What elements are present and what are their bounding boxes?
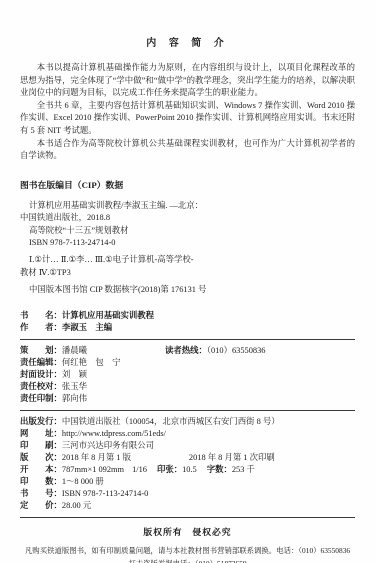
proofreader-label: 责任校对： xyxy=(20,382,62,391)
edition-value: 2018 年 8 月第 1 版 xyxy=(62,452,189,464)
cover-design-row: 封面设计：刘 颖 xyxy=(20,369,355,381)
content-summary-title: 内 容 简 介 xyxy=(20,34,355,49)
copyright-page: 内 容 简 介 本书以提高计算机基础操作能力为原则，在内容组织与设计上，以项目化… xyxy=(0,0,375,563)
hotline-value: （010）63550836 xyxy=(207,346,266,355)
planner-label: 策 划： xyxy=(20,346,62,355)
editor-row: 责任编辑：何红艳 包 宁 xyxy=(20,357,355,369)
copyright-notice: 版权所有 侵权必究 xyxy=(20,525,355,538)
impression-value: 2018 年 8 月第 1 次印刷 xyxy=(189,453,275,462)
divider-2 xyxy=(20,410,355,411)
cip-block: 计算机应用基础实训教程/李淑玉主编. —北京： 中国铁道出版社，2018.8 高… xyxy=(20,200,355,297)
summary-paragraph-1: 本书以提高计算机基础操作能力为原则，在内容组织与设计上，以项目化课程改革的思想为… xyxy=(20,62,355,100)
edition-row: 版 次：2018 年 8 月第 1 版2018 年 8 月第 1 次印刷 xyxy=(20,452,355,464)
book-info-block: 书 名：计算机应用基础实训教程 作 者：李淑玉 主编 xyxy=(20,310,355,334)
print-supervisor-value: 郭向伟 xyxy=(62,394,87,403)
cip-line-isbn: ISBN 978-7-113-24714-0 xyxy=(20,237,355,249)
editor-value: 何红艳 包 宁 xyxy=(62,358,121,367)
cip-line-title: 计算机应用基础实训教程/李淑玉主编. —北京： xyxy=(20,200,355,212)
cip-line-series: 高等院校“十三五”规划教材 xyxy=(20,225,355,237)
words-value: 253 千 xyxy=(232,465,255,474)
print-supervisor-row: 责任印制：郭向伟 xyxy=(20,393,355,405)
exchange-notice-line: 凡购买铁道版图书，如有印制质量问题，请与本社教材图书营销部联系调换。电话：（01… xyxy=(20,544,355,557)
editor-label: 责任编辑： xyxy=(20,358,62,367)
planner-row: 策 划：潘晨曦读者热线：（010）63550836 xyxy=(20,345,355,357)
planner-left: 策 划：潘晨曦 xyxy=(20,345,165,357)
staff-block: 策 划：潘晨曦读者热线：（010）63550836 责任编辑：何红艳 包 宁 封… xyxy=(20,345,355,405)
book-title-row: 书 名：计算机应用基础实训教程 xyxy=(20,310,355,322)
book-author-row: 作 者：李淑玉 主编 xyxy=(20,322,355,334)
cip-line-classification-1: Ⅰ.①计… Ⅱ.①李… Ⅲ.①电子计算机-高等学校- xyxy=(20,254,355,266)
isbn-label: 书 号： xyxy=(20,489,62,498)
words-label: 字数： xyxy=(207,465,232,474)
book-author-value: 李淑玉 主编 xyxy=(62,323,112,332)
proofreader-value: 张玉华 xyxy=(62,382,87,391)
book-title-value: 计算机应用基础实训教程 xyxy=(62,311,154,320)
book-title-label: 书 名： xyxy=(20,311,62,320)
summary-paragraph-2: 全书共 6 章，主要内容包括计算机基础知识实训、Windows 7 操作实训、W… xyxy=(20,100,355,138)
format-size-value: 787mm×1 092mm xyxy=(62,465,124,474)
print-supervisor-label: 责任印制： xyxy=(20,394,62,403)
format-row: 开 本：787mm×1 092mm1/16印张：10.5字数：253 千 xyxy=(20,464,355,476)
format-fraction-value: 1/16 xyxy=(132,465,147,474)
sheets-label: 印张： xyxy=(157,465,182,474)
price-row: 定 价：28.00 元 xyxy=(20,500,355,512)
website-row: 网 址：http://www.tdpress.com/51eds/ xyxy=(20,428,355,440)
antipiracy-hotline-line: 打击盗版举报电话：（010）51873659 xyxy=(20,557,355,563)
planner-value: 潘晨曦 xyxy=(62,346,87,355)
cover-design-value: 刘 颖 xyxy=(62,370,87,379)
format-label: 开 本： xyxy=(20,465,62,474)
copies-row: 印 数：1～8 000 册 xyxy=(20,476,355,488)
proofreader-row: 责任校对：张玉华 xyxy=(20,381,355,393)
copyright-footer: 版权所有 侵权必究 凡购买铁道版图书，如有印制质量问题，请与本社教材图书营销部联… xyxy=(20,525,355,563)
price-value: 28.00 元 xyxy=(62,501,91,510)
book-author-label: 作 者： xyxy=(20,323,62,332)
copies-label: 印 数： xyxy=(20,477,62,486)
publication-block: 出版发行：中国铁道出版社（100054，北京市西城区右安门西街 8 号） 网 址… xyxy=(20,416,355,512)
website-label: 网 址： xyxy=(20,429,62,438)
publisher-row: 出版发行：中国铁道出版社（100054，北京市西城区右安门西街 8 号） xyxy=(20,416,355,428)
publisher-value: 中国铁道出版社（100054，北京市西城区右安门西街 8 号） xyxy=(62,417,280,426)
printer-value: 三河市兴达印务有限公司 xyxy=(62,441,154,450)
cip-heading: 图书在版编目（CIP）数据 xyxy=(20,178,355,191)
copies-value: 1～8 000 册 xyxy=(62,477,104,486)
summary-paragraph-3: 本书适合作为高等院校计算机公共基础课程实训教材，也可作为广大计算机初学者的自学读… xyxy=(20,138,355,163)
divider-3 xyxy=(20,517,355,518)
website-value: http://www.tdpress.com/51eds/ xyxy=(62,429,166,438)
printer-row: 印 刷：三河市兴达印务有限公司 xyxy=(20,440,355,452)
isbn-value: ISBN 978-7-113-24714-0 xyxy=(62,489,148,498)
hotline-label: 读者热线： xyxy=(165,346,207,355)
cip-line-publisher: 中国铁道出版社，2018.8 xyxy=(20,212,355,224)
cip-line-registration: 中国版本图书馆 CIP 数据核字(2018)第 176131 号 xyxy=(20,284,355,296)
isbn-row: 书 号：ISBN 978-7-113-24714-0 xyxy=(20,488,355,500)
publisher-label: 出版发行： xyxy=(20,417,62,426)
divider-1 xyxy=(20,339,355,340)
edition-label: 版 次： xyxy=(20,453,62,462)
price-label: 定 价： xyxy=(20,501,62,510)
sheets-value: 10.5 xyxy=(182,465,197,474)
printer-label: 印 刷： xyxy=(20,441,62,450)
cover-design-label: 封面设计： xyxy=(20,370,62,379)
cip-line-classification-2: 教材 Ⅳ.①TP3 xyxy=(20,267,355,279)
